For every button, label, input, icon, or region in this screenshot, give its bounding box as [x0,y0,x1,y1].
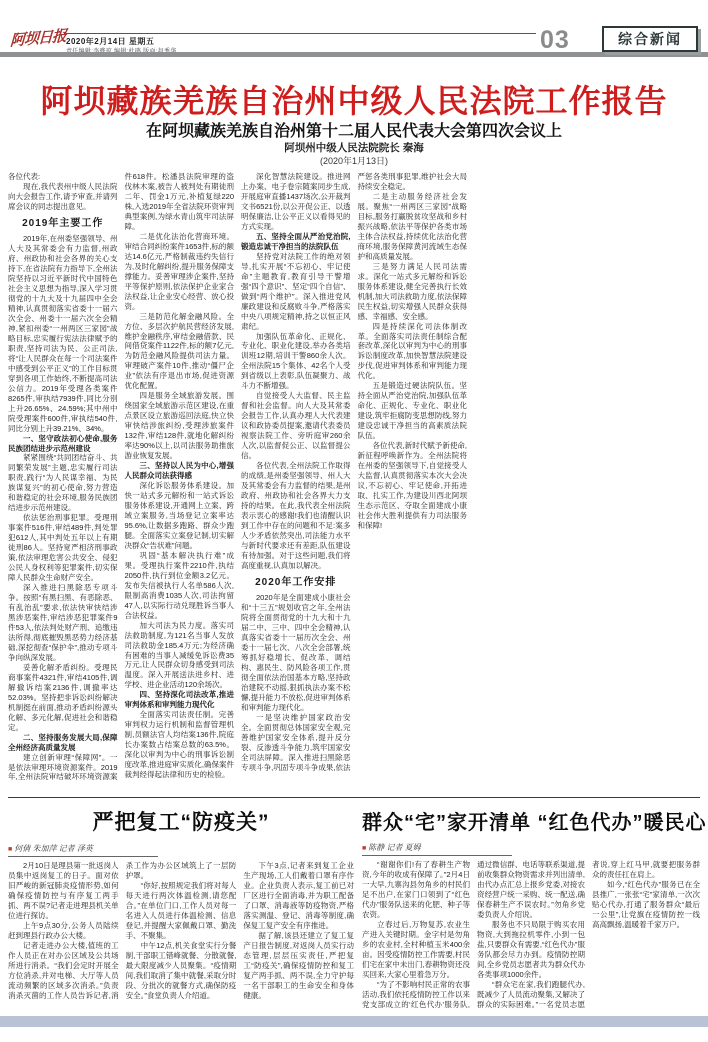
bottom-right-body: “谢谢你们!有了春耕生产物资,今年的收成有保障了。”2月4日一大早,九寨沟县勿角… [362,860,700,1016]
paragraph: 四、坚持深化司法改革,推进审判体系和审判能力现代化 [125,690,235,710]
byline-square-icon: ■ [8,846,12,853]
paragraph: 各位代表,新时代赋予新使命,新征程呼唤新作为。全州法院将在州委的坚强领导下,自觉… [358,441,468,531]
bottom-right-article: 群众“宅”家开清单 “红色代办”暖民心 ■陈静 记者 夏姆 “谢谢你们!有了春耕… [362,802,700,1014]
byline-text: 陈静 记者 夏姆 [368,843,420,852]
paragraph: 2月10日是理县第一批返岗人员集中返岗复工的日子。面对依旧严峻的新冠肺炎疫情形势… [8,861,119,921]
paragraph: 各位代表: [8,172,118,182]
paragraph: 二、坚持服务发展大局,保障全州经济高质量发展 [8,733,118,753]
paragraph: 妥善化解矛盾纠纷。受理民商事案件4321件,审结4105件,调解撤诉结案2136… [8,663,118,733]
main-dateline: (2020年1月13日) [0,154,708,167]
paragraph: 二是优化法治化营商环境。审结合同纠纷案件1653件,标的额达14.6亿元,严格制… [125,232,235,312]
bottom-left-byline: ■何倩 朱加萍 记者 泽英 [8,843,158,857]
byline-square-icon: ■ [362,845,366,852]
paragraph: 全面落实司法责任制。完善审判权力运行机制和监督管理机制,员额法官人均结案136件… [125,710,235,780]
section-heading: 2019年主要工作 [8,217,118,230]
paragraph: 2020年是全面建成小康社会和“十三五”规划收官之年,全州法院将全面贯彻党的十九… [241,593,351,713]
main-subheadline: 在阿坝藏族羌族自治州第十二届人民代表大会第四次会议上 [0,118,708,141]
paragraph: 巩固“基本解决执行难”成果。受理执行案件2210件,执结2050件,执行到位金额… [125,551,235,621]
paragraph: 五、坚持全面从严治党治院,锻造忠诚干净担当的法院队伍 [241,232,351,252]
main-headline: 阿坝藏族羌族自治州中级人民法院工作报告 [0,76,708,122]
section-heading: 2020年工作安排 [241,576,351,589]
main-byline: 阿坝州中级人民法院院长 秦海 [0,140,708,155]
paragraph: 四是持续深化司法体制改革。全面落实司法责任制综合配套改革,深化以审判为中心的刑事… [358,322,468,382]
paragraph: 服务也不只局限于购买农用物资,大到拖拉机零件,小到一包盐,只要群众有需要,“红色… [477,920,585,980]
bottom-left-article: 严把复工“防疫关” ■何倩 朱加萍 记者 泽英 2月10日是理县第一批返岗人员集… [8,802,354,1014]
paragraph: 五是锻造过硬法院队伍。坚持全面从严治党治院,加强队伍革命化、正规化、专业化、职业… [358,381,468,441]
paragraph: 加大司法为民力度。落实司法救助制度,为121名当事人发放司法救助金185.4万元… [125,621,235,691]
paragraph: 中午12点,机关食堂实行分餐制,干部职工错峰就餐、分散就餐,最大限度减少人员聚集… [126,941,237,1001]
paragraph: 三是努力满足人民司法需求。深化一站式多元解纷和诉讼服务体系建设,健全完善执行长效… [358,262,468,322]
paragraph: 2019年,在州委坚强领导、州人大及其常委会有力监督,州政府、州政协和社会各界的… [8,234,118,433]
bottom-right-headline: 群众“宅”家开清单 “红色代办”暖民心 [362,806,700,835]
section-name-badge: 综合新闻 [602,26,698,52]
paragraph: 三是防范化解金融风险。全方位、多层次护航民营经济发展,维护金融秩序,审结金融借款… [125,312,235,392]
paragraph: “谢谢你们!有了春耕生产物资,今年的收成有保障了。”2月4日一大早,九寨沟县勿角… [362,860,470,920]
page-number: 03 [540,26,570,55]
paragraph: 依法惩治刑事犯罪。受理刑事案件516件,审结489件,判处罪犯612人,其中判处… [8,513,118,583]
paragraph: 加强队伍革命化、正规化、专业化、职业化建设,举办各类培训班12期,培训干警860… [241,332,351,392]
bottom-left-headline: 严把复工“防疫关” [8,806,354,836]
paragraph: 坚持党对法院工作的绝对领导,扎实开展“不忘初心、牢记使命”主题教育,教育引导干警… [241,252,351,332]
section-divider [8,797,700,798]
newspaper-page: 阿坝日报 2020年2月14日 星期五 责任编辑:李晔琼 编辑:杜鹃 版面:赵秀… [0,0,708,1042]
paragraph: 自觉接受人大监督、民主监督和社会监督。向人大及其常委会报告工作,认真办理人大代表… [241,391,351,461]
header-rule [64,33,536,34]
header-divider-bar [0,52,708,57]
paragraph: “你好,按照规定我们将对每人每天进行两次体温检测,请您配合。”在单位门口,工作人… [126,881,237,941]
paragraph: 据了解,该县还建立了复工复产日报告制度,对返岗人员实行动态管理,层层压实责任,严… [243,931,354,1001]
paragraph: 上午9点30分,公务人员陆续赶到理县行政办公大楼。 [8,921,119,941]
paragraph: 下午3点,记者来到复工企业生产现场,工人们戴着口罩有序作业。企业负责人表示,复工… [243,861,354,931]
main-article-body: 各位代表:现在,我代表州中级人民法院向大会报告工作,请予审查,并请列席会议的同志… [8,172,700,788]
paragraph: 深入推进扫黑除恶专项斗争。按照“有黑扫黑、有恶除恶、有乱治乱”要求,依法快审快结… [8,583,118,663]
paragraph: 三、坚持以人民为中心,增强人民群众司法获得感 [125,461,235,481]
paragraph: 现在,我代表州中级人民法院向大会报告工作,请予审查,并请列席会议的同志提出意见。 [8,182,118,212]
paragraph: 二是主动服务经济社会发展。聚焦“一州两区三家园”战略目标,服务打赢脱贫攻坚战和乡… [358,192,468,262]
page-footer-bar [0,1016,708,1027]
bottom-left-body: 2月10日是理县第一批返岗人员集中返岗复工的日子。面对依旧严峻的新冠肺炎疫情形势… [8,861,354,1017]
masthead-logo: 阿坝日报 [9,21,68,54]
paragraph: 紧紧围绕“共同团结奋斗、共同繁荣发展”主题,忠实履行司法职责,践行“为人民谋幸福… [8,453,118,513]
paragraph: 一、坚守政法初心使命,服务民族团结进步示范州建设 [8,434,118,454]
byline-text: 何倩 朱加萍 记者 泽英 [14,844,93,853]
paragraph: 如今,“红色代办”服务已在全县推广,一张张“宅”家清单,一次次贴心代办,打通了服… [592,880,700,930]
paragraph: 四是服务全域旅游发展。围绕国家全域旅游示范区建设,在重点景区设立旅游巡回法庭,快… [125,391,235,461]
paragraph: 各位代表,全州法院工作取得的成绩,是州委坚强领导、州人大及其常委会有力监督的结果… [241,461,351,571]
paragraph: 深化诉讼服务体系建设。加快一站式多元解纷和一站式诉讼服务体系建设,开通网上立案、… [125,481,235,551]
paragraph: 深化智慧法院建设。推进网上办案、电子卷宗随案同步生成,开展庭审直播1437场次,… [241,172,351,232]
paragraph: 立春过后,万物复苏,农业生产进入关键时期。金字村是勿角乡的农业村,全村种植玉米4… [362,920,470,980]
bottom-right-byline: ■陈静 记者 夏姆 [362,842,512,856]
